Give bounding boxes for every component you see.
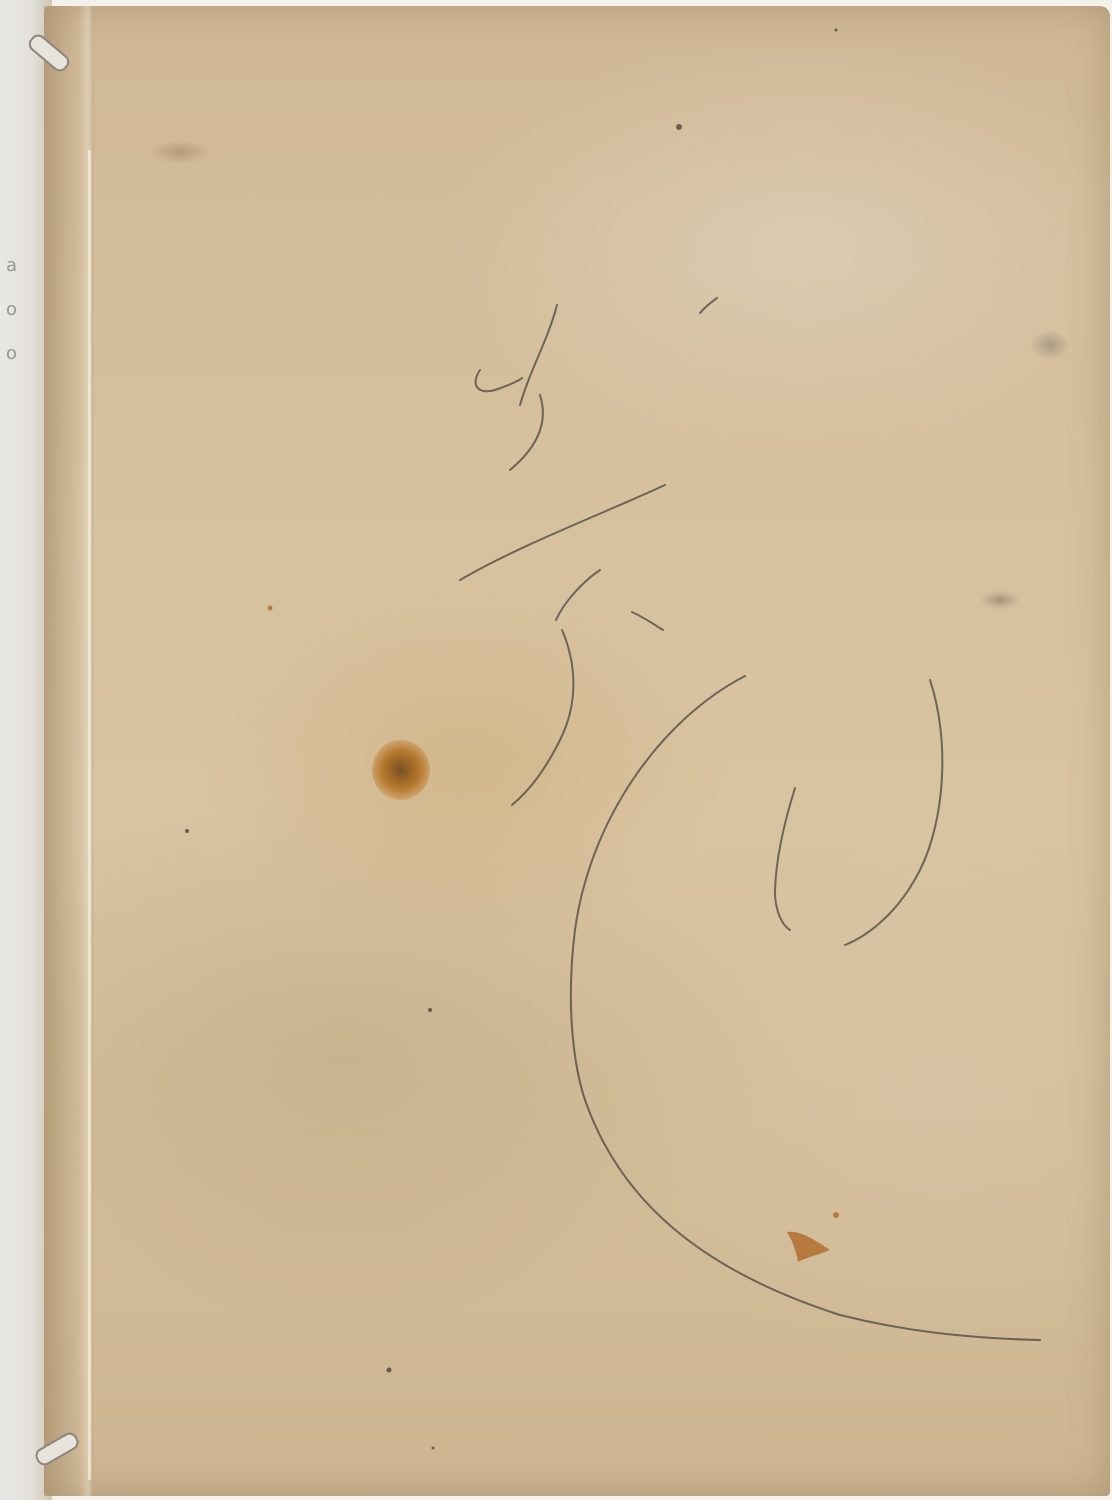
pencil-markings xyxy=(0,0,1112,1500)
